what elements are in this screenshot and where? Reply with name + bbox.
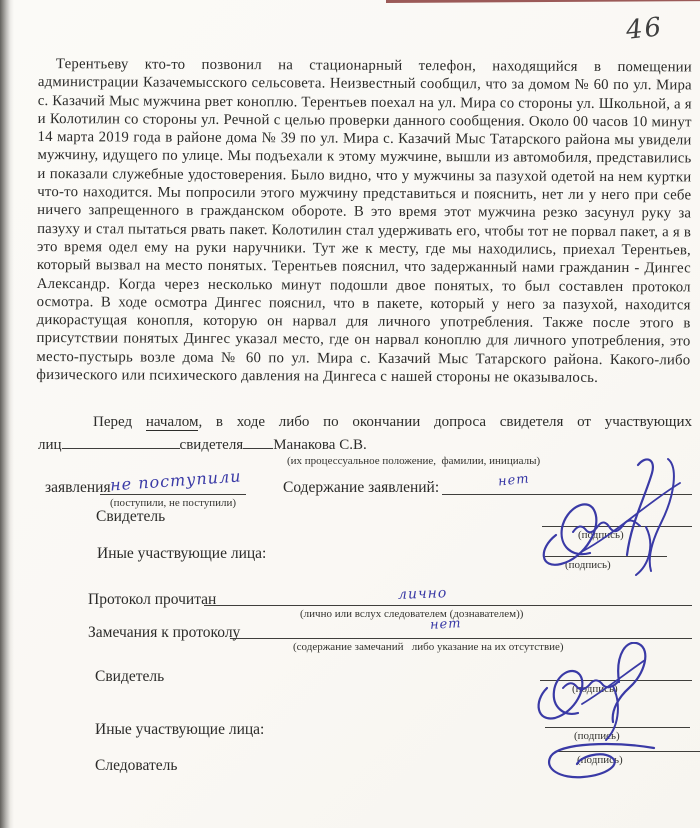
blank-line [62, 435, 180, 449]
witness-signature-1 [528, 455, 700, 580]
clause-persons-word: лиц [38, 437, 62, 453]
clause-witness-name: Манакова С.В. [273, 437, 367, 453]
handwriting-protocol-read: лично [398, 585, 448, 603]
witness-label-2: Свидетель [95, 668, 164, 686]
remarks-label: Замечания к протоколу [88, 624, 240, 642]
remarks-caption: (содержание замечаний либо указание на и… [293, 641, 564, 653]
narrative-paragraph: Терентьеву кто-то позвонил на стационарн… [36, 55, 692, 388]
investigator-label: Следователь [95, 757, 177, 775]
roles-caption: (их процессуальное положение, фамилии, и… [287, 455, 540, 467]
blank-line [243, 435, 273, 449]
statements-content-label: Содержание заявлений: [283, 479, 439, 497]
remarks-blank-line [230, 638, 692, 639]
clause-pre: Перед [93, 414, 146, 430]
statements-blank-line [100, 494, 246, 495]
protocol-read-caption: (лично или вслух следователем (дознавате… [300, 608, 523, 620]
protocol-read-label: Протокол прочитан [88, 591, 216, 609]
investigator-signature [540, 733, 660, 785]
protocol-read-blank-line [204, 605, 692, 606]
clause-post: , в ходе либо по окончании допроса свиде… [198, 414, 692, 430]
others-label-2: Иные участвующие лица: [95, 721, 264, 739]
handwriting-statements-content: нет [497, 471, 530, 489]
scan-edge-line [386, 0, 700, 3]
witness-label-1: Свидетель [96, 508, 165, 526]
binding-shadow [0, 0, 14, 828]
clause-line-2: лицсвидетеляМанакова С.В. [38, 435, 692, 454]
clause-line-1: Перед началом, в ходе либо по окончании … [38, 414, 692, 431]
handwritten-page-number: 46 [625, 12, 665, 46]
others-label-1: Иные участвующие лица: [97, 545, 266, 563]
clause-witness-word: свидетеля [180, 437, 244, 453]
handwriting-statements: не поступили [109, 466, 242, 494]
clause-underlined-word: началом [146, 414, 199, 431]
scanned-document-page: 46 Терентьеву кто-то позвонил на стацион… [0, 0, 700, 828]
handwriting-remarks: нет [430, 616, 462, 633]
